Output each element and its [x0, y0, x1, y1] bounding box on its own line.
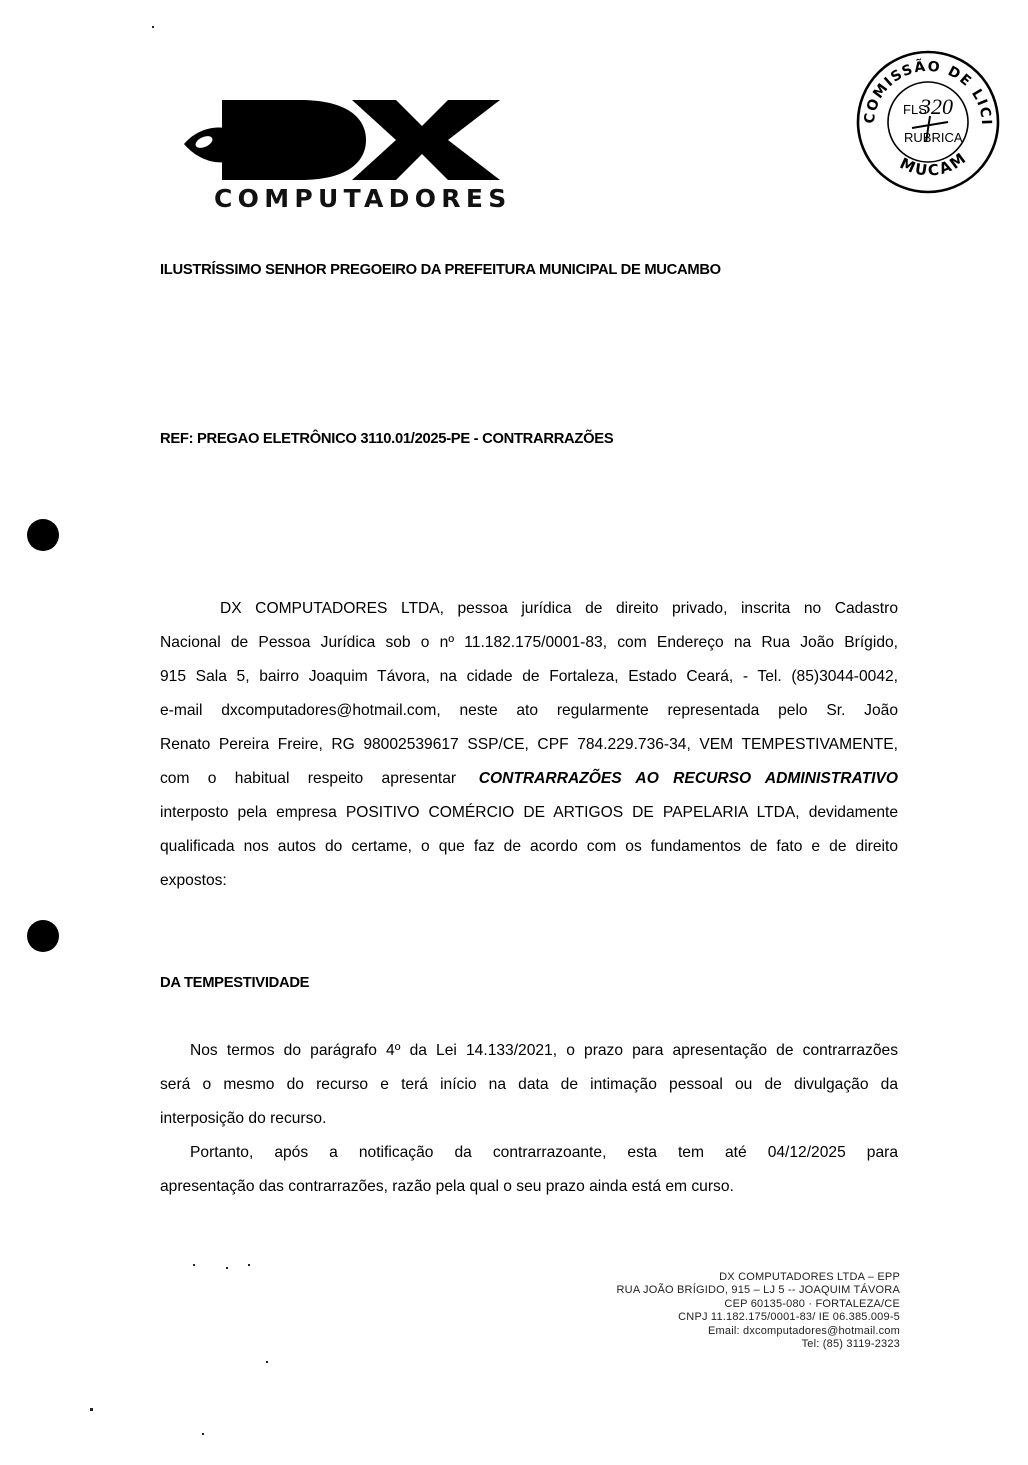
footer-email: Email: dxcomputadores@hotmail.com: [560, 1325, 900, 1338]
paragraph-line: apresentação das contrarrazões, razão pe…: [160, 1170, 898, 1204]
hole-punch-mark: [27, 920, 59, 952]
footer-address: RUA JOÃO BRÍGIDO, 915 – LJ 5 -- JOAQUIM …: [560, 1284, 900, 1297]
footer-cep: CEP 60135-080 · FORTALEZA/CE: [560, 1298, 900, 1311]
document-subject-emphasis: CONTRARRAZÕES AO RECURSO ADMINISTRATIVO: [479, 762, 898, 796]
stamp-page-number: 320: [919, 94, 953, 119]
company-logo: COMPUTADORES: [182, 96, 522, 216]
letterhead-footer: DX COMPUTADORES LTDA – EPP RUA JOÃO BRÍG…: [560, 1271, 900, 1351]
paragraph-line: será o mesmo do recurso e terá início na…: [160, 1068, 898, 1102]
hole-punch-mark: [27, 519, 59, 551]
tempestividade-paragraph-1: Nos termos do parágrafo 4º da Lei 14.133…: [160, 1034, 898, 1136]
paragraph-line: qualificada nos autos do certame, o que …: [160, 830, 898, 864]
paragraph-line: Nos termos do parágrafo 4º da Lei 14.133…: [160, 1034, 898, 1068]
paragraph-line: interposto pela empresa POSITIVO COMÉRCI…: [160, 796, 898, 830]
section-title: DA TEMPESTIVIDADE: [160, 974, 309, 991]
stamp-rubrica-label: RUBRICA: [904, 130, 963, 145]
addressee-heading: ILUSTRÍSSIMO SENHOR PREGOEIRO DA PREFEIT…: [160, 261, 721, 278]
paragraph-line: e-mail dxcomputadores@hotmail.com, neste…: [160, 694, 898, 728]
paragraph-line: interposição do recurso.: [160, 1102, 898, 1136]
dx-logo-mark-icon: [182, 96, 522, 186]
paragraph-line: expostos:: [160, 864, 898, 898]
intro-paragraph: DX COMPUTADORES LTDA, pessoa jurídica de…: [160, 592, 898, 898]
paragraph-line: Portanto, após a notificação da contrarr…: [160, 1136, 898, 1170]
logo-wordmark: COMPUTADORES: [214, 184, 512, 213]
intro-line6-prefix: com o habitual respeito apresentar: [160, 762, 456, 796]
paragraph-line: Renato Pereira Freire, RG 98002539617 SS…: [160, 728, 898, 762]
tempestividade-paragraph-2: Portanto, após a notificação da contrarr…: [160, 1136, 898, 1204]
reference-line: REF: PREGAO ELETRÔNICO 3110.01/2025-PE -…: [160, 430, 613, 447]
paragraph-line: 915 Sala 5, bairro Joaquim Távora, na ci…: [160, 660, 898, 694]
paragraph-line: com o habitual respeito apresentar CONTR…: [160, 762, 898, 796]
footer-cnpj: CNPJ 11.182.175/0001-83/ IE 06.385.009-5: [560, 1311, 900, 1324]
commission-stamp: COMISSÃO DE LICITAÇÃO MUCAMBO FLS 320 RU…: [852, 46, 1002, 196]
paragraph-line: DX COMPUTADORES LTDA, pessoa jurídica de…: [160, 592, 898, 626]
footer-phone: Tel: (85) 3119-2323: [560, 1338, 900, 1351]
footer-company: DX COMPUTADORES LTDA – EPP: [560, 1271, 900, 1284]
paragraph-line: Nacional de Pessoa Jurídica sob o nº 11.…: [160, 626, 898, 660]
